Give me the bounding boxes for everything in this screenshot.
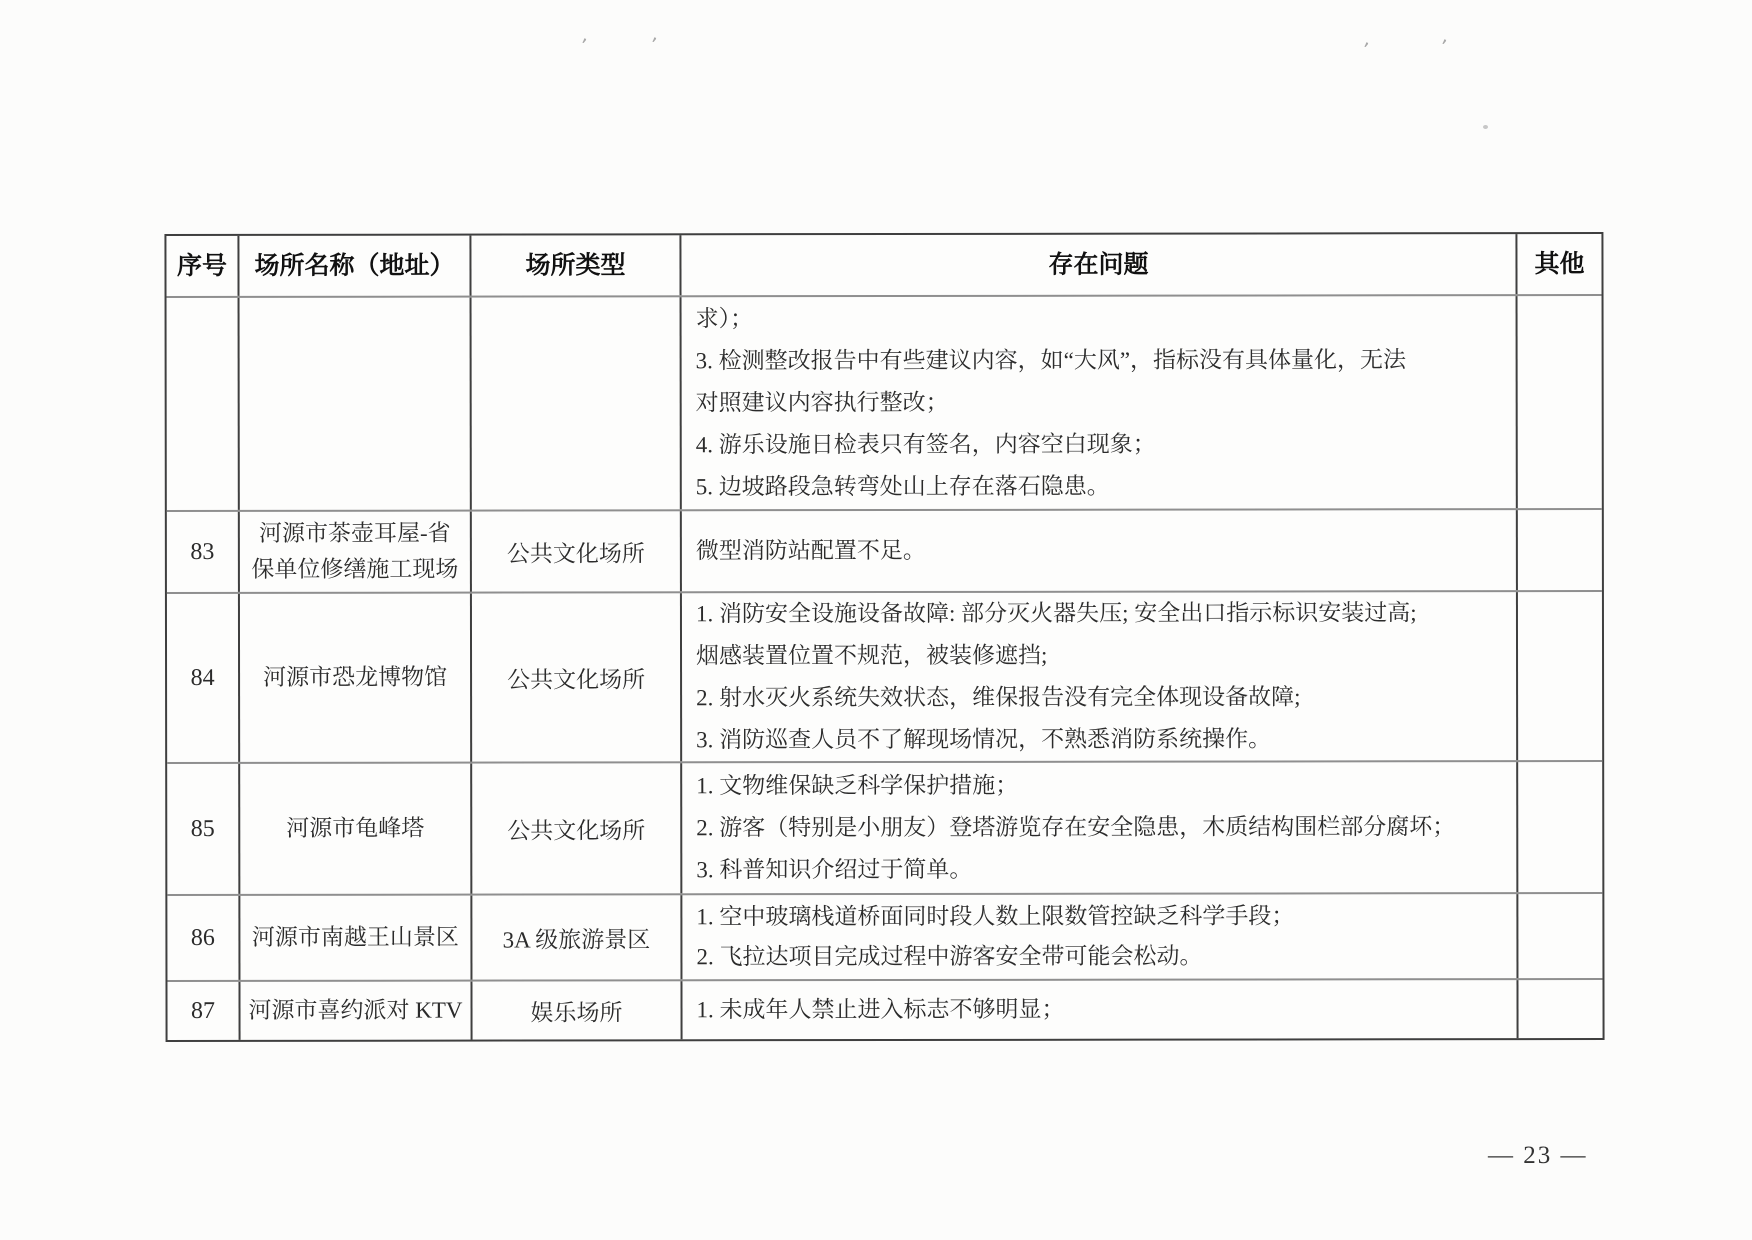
problem-line: 1. 未成年人禁止进入标志不够明显； <box>696 989 1064 1032</box>
cell-place-type: 公共文化场所 <box>472 511 682 591</box>
problem-line: 2. 游客（特别是小朋友）登塔游览存在安全隐患，木质结构围栏部分腐坏； <box>696 806 1455 849</box>
place-name-line: 保单位修缮施工现场 <box>251 552 458 588</box>
problem-line: 对照建议内容执行整改； <box>696 382 949 424</box>
table-row: 87 河源市喜约派对 KTV 娱乐场所 1. 未成年人禁止进入标志不够明显； <box>167 980 1602 1040</box>
place-name-line: 河源市茶壶耳屋-省 <box>259 516 451 552</box>
cell-serial-number: 86 <box>167 896 240 980</box>
table-row: 84 河源市恐龙博物馆 公共文化场所 1. 消防安全设施设备故障: 部分灭火器失… <box>167 592 1602 764</box>
table-row: 86 河源市南越王山景区 3A 级旅游景区 1. 空中玻璃栈道桥面同时段人数上限… <box>167 894 1602 982</box>
problem-line: 3. 科普知识介绍过于简单。 <box>696 849 972 891</box>
problem-line: 1. 消防安全设施设备故障: 部分灭火器失压; 安全出口指示标识安装过高; <box>696 592 1417 635</box>
header-place-type: 场所类型 <box>471 235 681 295</box>
cell-place-type: 3A 级旅游景区 <box>472 895 682 979</box>
cell-serial-number: 84 <box>167 594 240 762</box>
cell-place-type <box>472 297 682 509</box>
cell-other <box>1518 894 1602 978</box>
cell-problems: 1. 消防安全设施设备故障: 部分灭火器失压; 安全出口指示标识安装过高; 烟感… <box>682 592 1518 761</box>
cell-place-name: 河源市茶壶耳屋-省 保单位修缮施工现场 <box>240 512 472 592</box>
cell-place-type: 娱乐场所 <box>472 981 682 1039</box>
cell-serial-number: 85 <box>167 764 240 894</box>
problem-line: 1. 空中玻璃栈道桥面同时段人数上限数管控缺乏科学手段； <box>696 896 1294 937</box>
problem-line: 烟感装置位置不规范，被装修遮挡; <box>696 635 1047 677</box>
cell-place-name: 河源市南越王山景区 <box>240 896 472 980</box>
cell-other <box>1518 296 1602 508</box>
scan-speck: ’ <box>648 33 659 58</box>
scan-speck: ’ <box>578 34 589 59</box>
cell-problems: 微型消防站配置不足。 <box>682 510 1518 591</box>
cell-other <box>1518 762 1602 892</box>
cell-other <box>1518 980 1602 1038</box>
problem-line: 3. 消防巡查人员不了解现场情况，不熟悉消防系统操作。 <box>696 718 1271 761</box>
problem-line: 求）； <box>696 298 754 340</box>
cell-place-type: 公共文化场所 <box>472 593 682 761</box>
cell-other <box>1518 592 1602 760</box>
cell-serial-number <box>167 298 240 510</box>
cell-place-name: 河源市喜约派对 KTV <box>240 982 472 1040</box>
cell-place-name: 河源市恐龙博物馆 <box>240 594 472 762</box>
problem-line: 3. 检测整改报告中有些建议内容，如“大风”，指标没有具体量化，无法 <box>696 339 1406 382</box>
page-number: — 23 — <box>1488 1142 1588 1170</box>
scan-speck: ’ <box>1438 35 1449 60</box>
scan-speck <box>1483 125 1488 129</box>
table-row: 85 河源市龟峰塔 公共文化场所 1. 文物维保缺乏科学保护措施； 2. 游客（… <box>167 762 1602 896</box>
header-other: 其他 <box>1517 234 1601 294</box>
cell-other <box>1518 510 1602 590</box>
problem-line: 1. 文物维保缺乏科学保护措施； <box>696 765 1018 807</box>
cell-place-name <box>240 298 472 510</box>
problem-line: 微型消防站配置不足。 <box>696 530 926 572</box>
problem-line: 4. 游乐设施日检表只有签名，内容空白现象； <box>696 424 1156 467</box>
inspection-issues-table: 序号 场所名称（地址） 场所类型 存在问题 其他 求）； 3. 检测整改报告中有… <box>164 232 1604 1042</box>
cell-problems: 求）； 3. 检测整改报告中有些建议内容，如“大风”，指标没有具体量化，无法 对… <box>682 296 1518 509</box>
cell-problems: 1. 空中玻璃栈道桥面同时段人数上限数管控缺乏科学手段； 2. 飞拉达项目完成过… <box>682 894 1518 979</box>
table-row: 求）； 3. 检测整改报告中有些建议内容，如“大风”，指标没有具体量化，无法 对… <box>167 296 1602 512</box>
header-place-name: 场所名称（地址） <box>239 236 471 296</box>
scan-speck: ’ <box>1360 38 1371 63</box>
problem-line: 2. 射水灭火系统失效状态，维保报告没有完全体现设备故障; <box>696 676 1300 719</box>
cell-place-name: 河源市龟峰塔 <box>240 764 472 894</box>
header-serial-number: 序号 <box>166 236 239 296</box>
cell-problems: 1. 未成年人禁止进入标志不够明显； <box>682 980 1518 1039</box>
problem-line: 2. 飞拉达项目完成过程中游客安全带可能会松动。 <box>696 937 1202 978</box>
problem-line: 5. 边坡路段急转弯处山上存在落石隐患。 <box>696 466 1110 509</box>
table-row: 83 河源市茶壶耳屋-省 保单位修缮施工现场 公共文化场所 微型消防站配置不足。 <box>167 510 1602 594</box>
table-header-row: 序号 场所名称（地址） 场所类型 存在问题 其他 <box>166 234 1601 298</box>
cell-serial-number: 87 <box>167 982 240 1040</box>
cell-problems: 1. 文物维保缺乏科学保护措施； 2. 游客（特别是小朋友）登塔游览存在安全隐患… <box>682 762 1518 893</box>
cell-serial-number: 83 <box>167 512 240 592</box>
cell-place-type: 公共文化场所 <box>472 763 682 893</box>
header-problems: 存在问题 <box>681 234 1517 295</box>
